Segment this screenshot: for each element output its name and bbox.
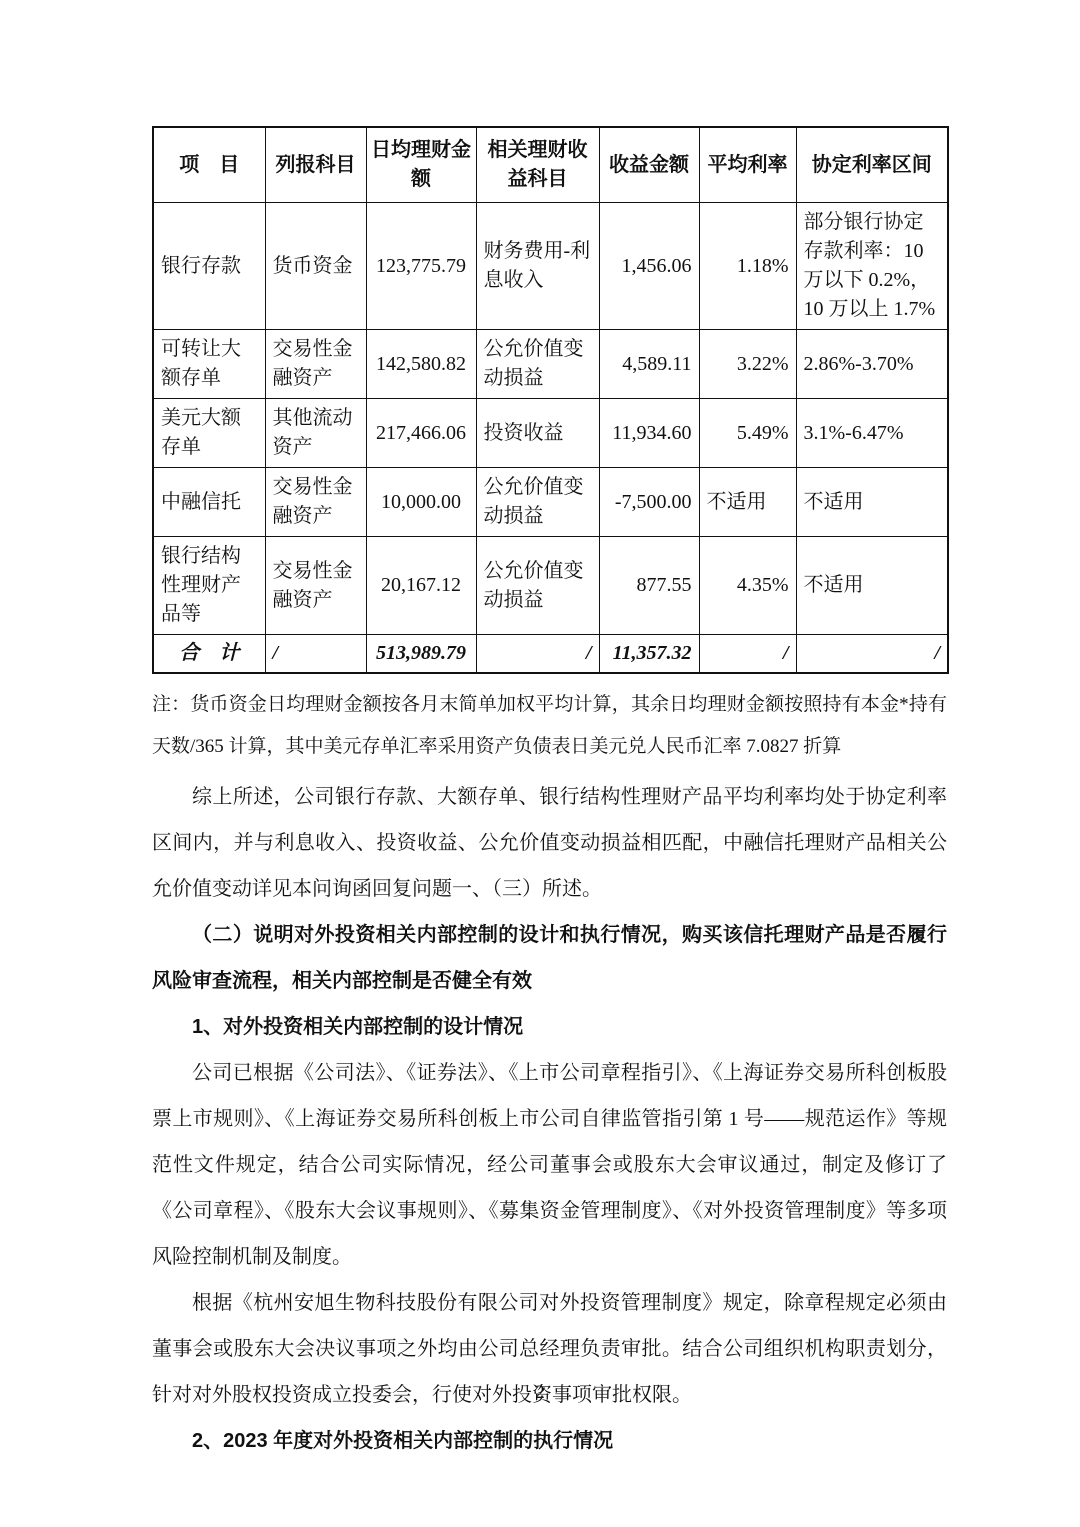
cell-avg-rate: 3.22% xyxy=(699,330,796,399)
financial-products-table: 项 目 列报科目 日均理财金额 相关理财收益科目 收益金额 平均利率 协定利率区… xyxy=(152,126,949,674)
cell-total-label: 合 计 xyxy=(153,635,265,674)
table-header-row: 项 目 列报科目 日均理财金额 相关理财收益科目 收益金额 平均利率 协定利率区… xyxy=(153,127,948,203)
document-page: 项 目 列报科目 日均理财金额 相关理财收益科目 收益金额 平均利率 协定利率区… xyxy=(0,0,1080,1527)
cell-avg-rate: 5.49% xyxy=(699,399,796,468)
subsection-heading-2: 2、2023 年度对外投资相关内部控制的执行情况 xyxy=(152,1418,947,1464)
cell-daily-avg-amount: 10,000.00 xyxy=(366,468,476,537)
cell-report-account: 其他流动资产 xyxy=(265,399,366,468)
cell-item: 可转让大额存单 xyxy=(153,330,265,399)
cell-agreed-rate-range: 3.1%-6.47% xyxy=(796,399,948,468)
cell-income-amount: 877.55 xyxy=(599,537,699,635)
cell-avg-rate: 不适用 xyxy=(699,468,796,537)
cell-total-agreed-rate-range: / xyxy=(796,635,948,674)
cell-report-account: 交易性金融资产 xyxy=(265,330,366,399)
header-avg-rate: 平均利率 xyxy=(699,127,796,203)
cell-agreed-rate-range: 部分银行协定存款利率：10 万以下 0.2%，10 万以上 1.7% xyxy=(796,203,948,330)
header-report-account: 列报科目 xyxy=(265,127,366,203)
cell-income-amount: -7,500.00 xyxy=(599,468,699,537)
table-row: 美元大额存单 其他流动资产 217,466.06 投资收益 11,934.60 … xyxy=(153,399,948,468)
document-content: 项 目 列报科目 日均理财金额 相关理财收益科目 收益金额 平均利率 协定利率区… xyxy=(152,126,947,1464)
cell-total-avg-rate: / xyxy=(699,635,796,674)
cell-income-account: 公允价值变动损益 xyxy=(476,468,599,537)
cell-daily-avg-amount: 217,466.06 xyxy=(366,399,476,468)
cell-income-account: 公允价值变动损益 xyxy=(476,537,599,635)
cell-avg-rate: 4.35% xyxy=(699,537,796,635)
subsection-heading-1: 1、对外投资相关内部控制的设计情况 xyxy=(152,1004,947,1050)
cell-agreed-rate-range: 2.86%-3.70% xyxy=(796,330,948,399)
table-row: 可转让大额存单 交易性金融资产 142,580.82 公允价值变动损益 4,58… xyxy=(153,330,948,399)
cell-item: 银行结构性理财产品等 xyxy=(153,537,265,635)
table-row: 银行结构性理财产品等 交易性金融资产 20,167.12 公允价值变动损益 87… xyxy=(153,537,948,635)
table-row: 中融信托 交易性金融资产 10,000.00 公允价值变动损益 -7,500.0… xyxy=(153,468,948,537)
cell-report-account: 货币资金 xyxy=(265,203,366,330)
cell-item: 银行存款 xyxy=(153,203,265,330)
page-number: 2 xyxy=(0,1382,1080,1404)
cell-income-account: 投资收益 xyxy=(476,399,599,468)
cell-income-amount: 4,589.11 xyxy=(599,330,699,399)
paragraph-summary: 综上所述，公司银行存款、大额存单、银行结构性理财产品平均利率均处于协定利率区间内… xyxy=(152,774,947,912)
paragraph-regulations: 公司已根据《公司法》、《证券法》、《上市公司章程指引》、《上海证券交易所科创板股… xyxy=(152,1050,947,1280)
cell-total-income-amount: 11,357.32 xyxy=(599,635,699,674)
header-item: 项 目 xyxy=(153,127,265,203)
header-daily-avg-amount: 日均理财金额 xyxy=(366,127,476,203)
header-income-account: 相关理财收益科目 xyxy=(476,127,599,203)
cell-income-amount: 11,934.60 xyxy=(599,399,699,468)
cell-total-income-account: / xyxy=(476,635,599,674)
cell-income-amount: 1,456.06 xyxy=(599,203,699,330)
header-income-amount: 收益金额 xyxy=(599,127,699,203)
cell-report-account: 交易性金融资产 xyxy=(265,537,366,635)
cell-item: 中融信托 xyxy=(153,468,265,537)
header-agreed-rate-range: 协定利率区间 xyxy=(796,127,948,203)
cell-report-account: 交易性金融资产 xyxy=(265,468,366,537)
cell-total-report-account: / xyxy=(265,635,366,674)
cell-daily-avg-amount: 123,775.79 xyxy=(366,203,476,330)
cell-avg-rate: 1.18% xyxy=(699,203,796,330)
table-total-row: 合 计 / 513,989.79 / 11,357.32 / / xyxy=(153,635,948,674)
cell-agreed-rate-range: 不适用 xyxy=(796,468,948,537)
cell-agreed-rate-range: 不适用 xyxy=(796,537,948,635)
table-note: 注：货币资金日均理财金额按各月末简单加权平均计算，其余日均理财金额按照持有本金*… xyxy=(152,684,947,768)
cell-income-account: 公允价值变动损益 xyxy=(476,330,599,399)
cell-income-account: 财务费用-利息收入 xyxy=(476,203,599,330)
cell-total-daily-avg-amount: 513,989.79 xyxy=(366,635,476,674)
cell-daily-avg-amount: 20,167.12 xyxy=(366,537,476,635)
cell-item: 美元大额存单 xyxy=(153,399,265,468)
section-heading-2: （二）说明对外投资相关内部控制的设计和执行情况，购买该信托理财产品是否履行风险审… xyxy=(152,912,947,1004)
cell-daily-avg-amount: 142,580.82 xyxy=(366,330,476,399)
table-row: 银行存款 货币资金 123,775.79 财务费用-利息收入 1,456.06 … xyxy=(153,203,948,330)
